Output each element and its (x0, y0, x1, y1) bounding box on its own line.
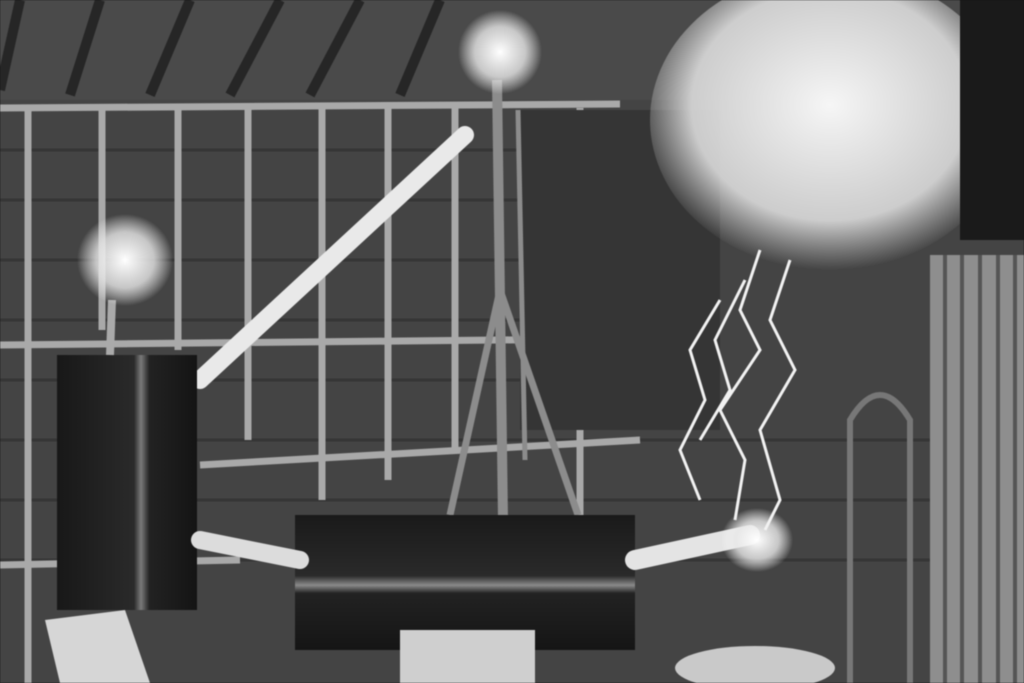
left-coil (57, 355, 197, 610)
stool (400, 630, 535, 683)
mast-glow (458, 10, 542, 94)
left-coil-glow (77, 214, 173, 306)
horizontal-cylinder (295, 515, 635, 650)
lab-scene (0, 0, 1024, 683)
left-coil-rod (110, 300, 112, 355)
photograph (0, 0, 1024, 683)
dark-corner (960, 0, 1024, 240)
discharge-glow (721, 508, 793, 572)
